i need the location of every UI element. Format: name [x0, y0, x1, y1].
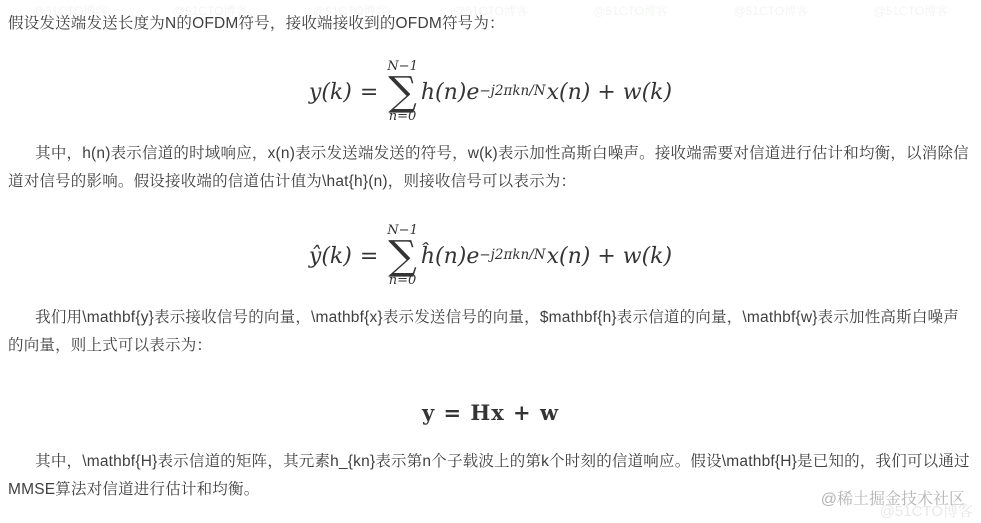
formula1-tail: x(n) + w(k)	[547, 80, 673, 105]
formula-matrix-form: y = Hx + w	[8, 390, 973, 434]
formula-received-signal: y(k) = N−1 ∑ n=0 h(n)e −j2πkn/N x(n) + w…	[8, 54, 973, 130]
paragraph-channel-explanation: 其中，h(n)表示信道的时域响应，x(n)表示发送端发送的符号，w(k)表示加性…	[8, 140, 973, 196]
juejin-community-watermark: @稀土掘金技术社区	[821, 486, 965, 509]
formula1-exponent: −j2πkn/N	[479, 85, 545, 99]
sigma-symbol: ∑	[388, 74, 417, 110]
summation: N−1 ∑ n=0	[387, 60, 418, 125]
summation: N−1 ∑ n=0	[387, 224, 418, 289]
sigma-symbol: ∑	[388, 238, 417, 274]
formula1-term: h(n)e	[421, 80, 480, 105]
article-body: 假设发送端发送长度为N的OFDM符号，接收端接收到的OFDM符号为： y(k) …	[0, 0, 981, 504]
sum-lower-limit: n=0	[389, 274, 417, 288]
formula2-tail: x(n) + w(k)	[547, 244, 673, 269]
formula1-lhs: y(k)	[309, 80, 352, 105]
formula-estimated-signal: ŷ(k) = N−1 ∑ n=0 ĥ(n)e −j2πkn/N x(n) + w…	[8, 218, 973, 294]
formula2-equals: =	[360, 244, 378, 269]
paragraph-intro: 假设发送端发送长度为N的OFDM符号，接收端接收到的OFDM符号为：	[8, 10, 973, 38]
formula2-lhs: ŷ(k)	[309, 244, 352, 269]
sum-lower-limit: n=0	[389, 110, 417, 124]
formula2-term: ĥ(n)e	[421, 244, 480, 269]
formula3-expression: y = Hx + w	[422, 400, 559, 425]
formula2-exponent: −j2πkn/N	[479, 249, 545, 263]
formula1-equals: =	[360, 80, 378, 105]
paragraph-vector-notation: 我们用\mathbf{y}表示接收信号的向量，\mathbf{x}表示发送信号的…	[8, 304, 973, 360]
